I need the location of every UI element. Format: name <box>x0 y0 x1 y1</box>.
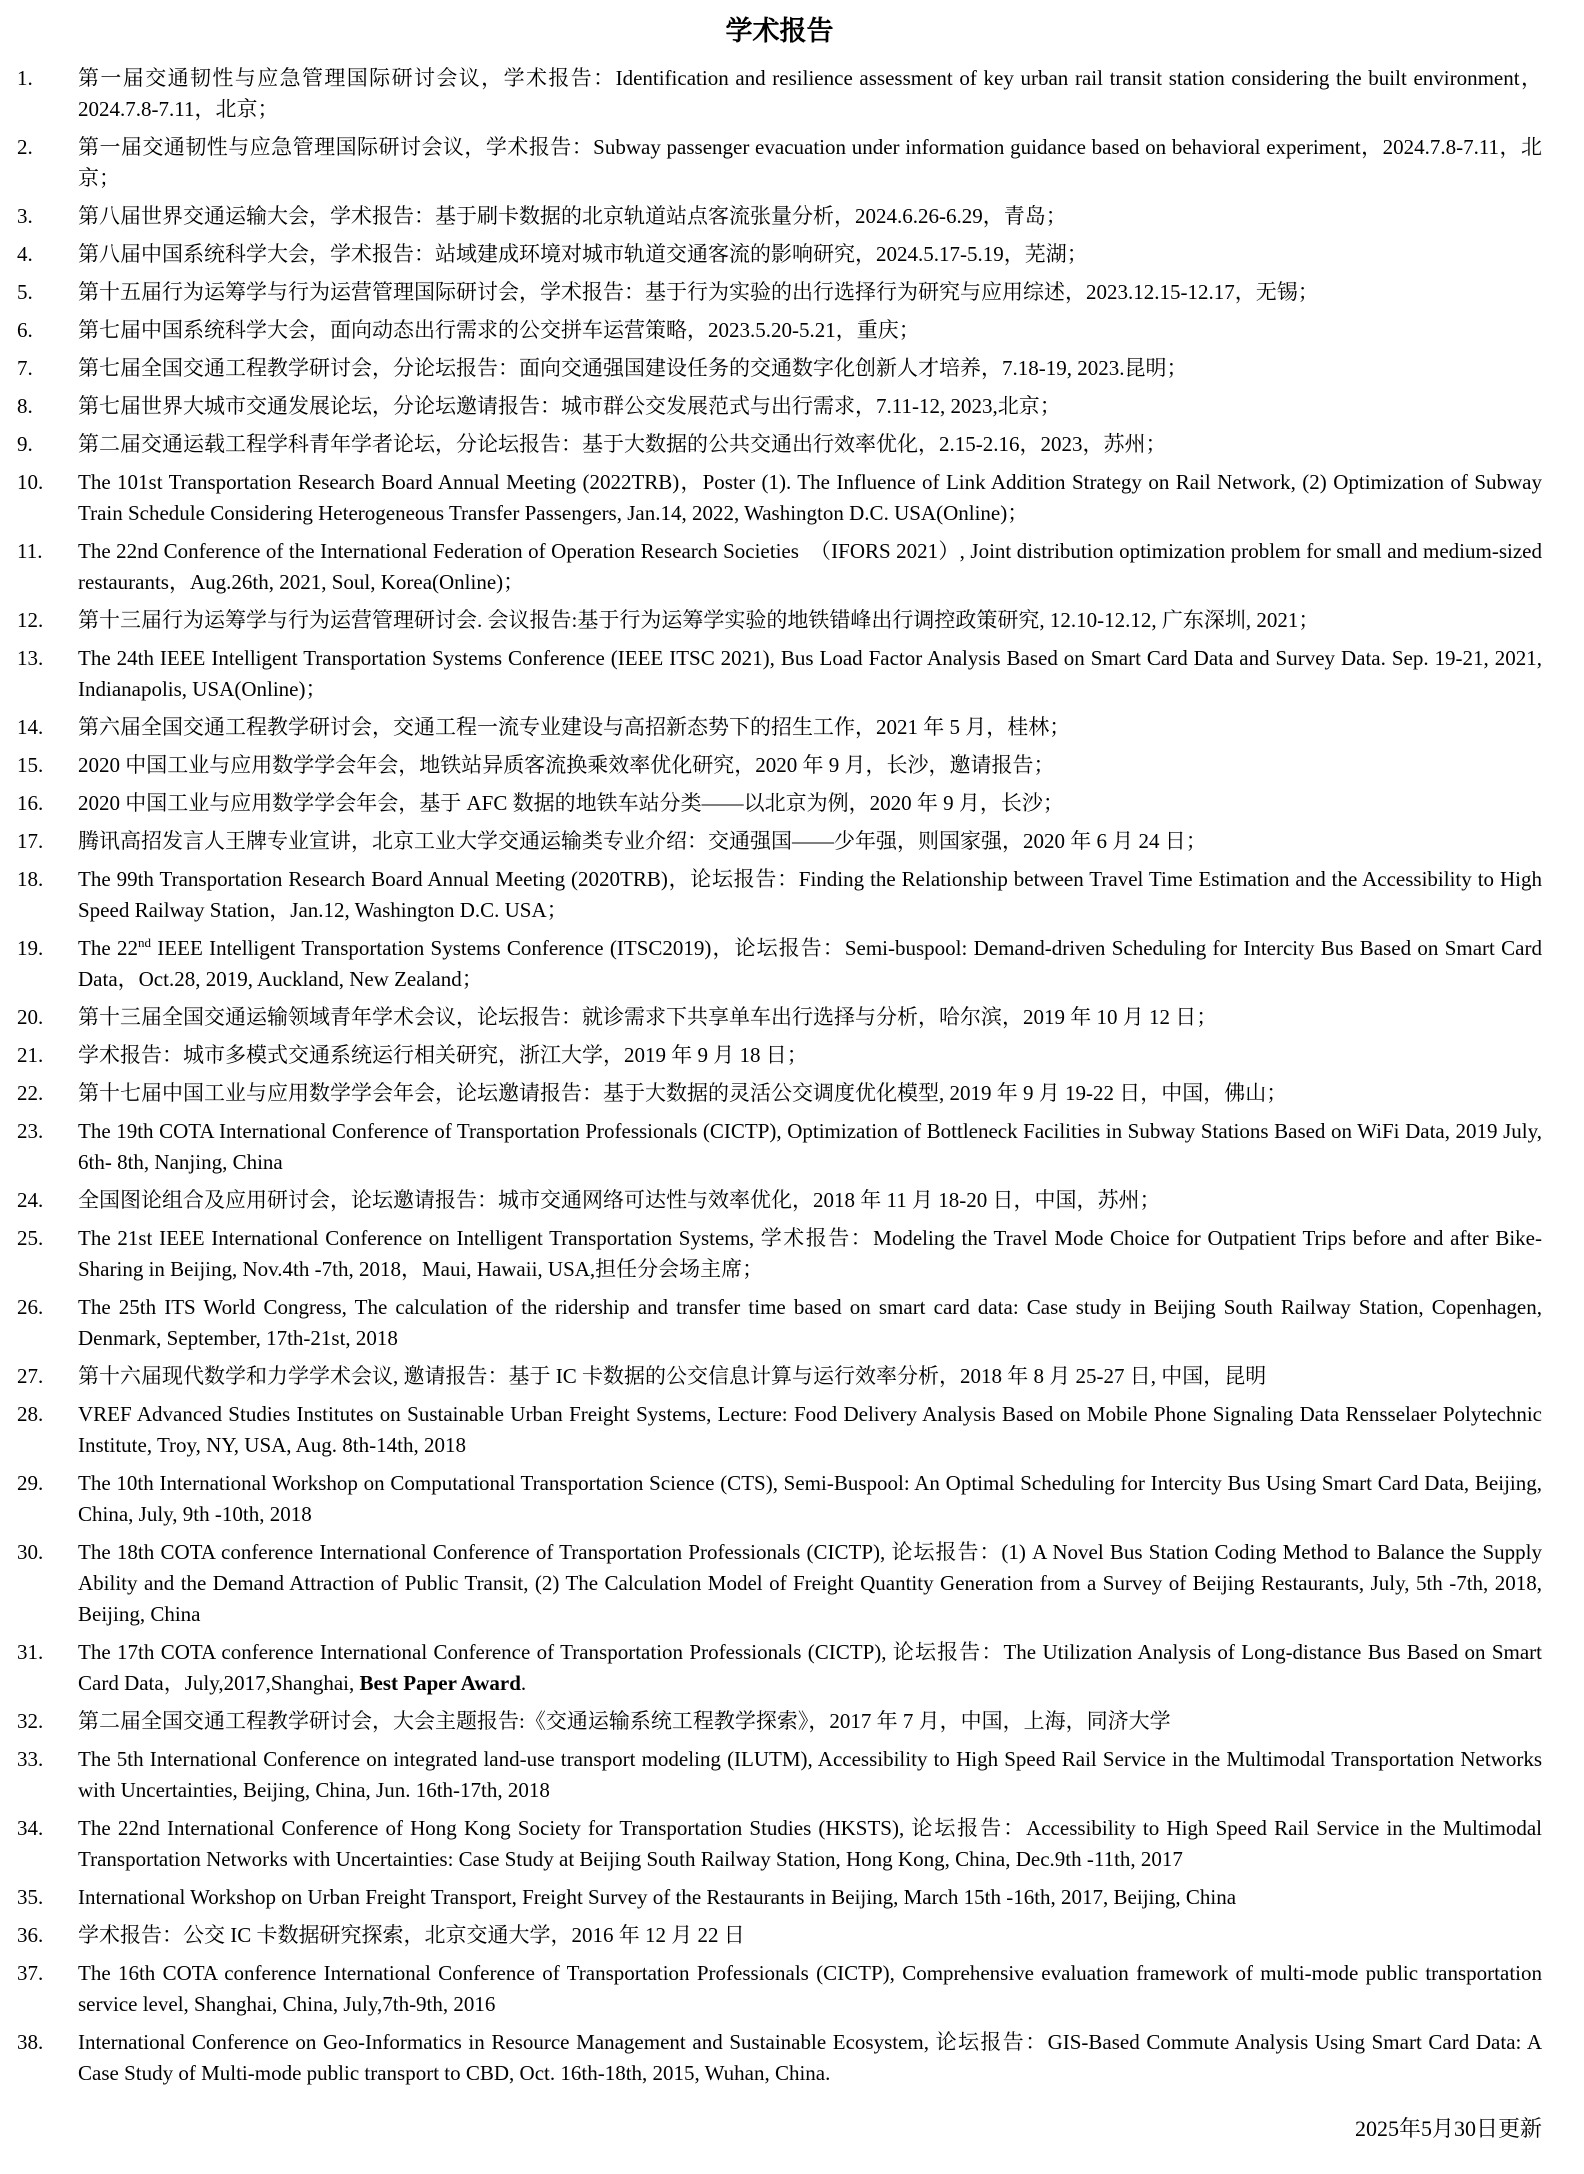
list-item: 6. 第七届中国系统科学大会，面向动态出行需求的公交拼车运营策略，2023.5.… <box>17 315 1542 346</box>
item-number: 18. <box>17 864 73 895</box>
list-item: 35. International Workshop on Urban Frei… <box>17 1882 1542 1913</box>
list-item: 7. 第七届全国交通工程教学研讨会，分论坛报告：面向交通强国建设任务的交通数字化… <box>17 353 1542 384</box>
item-number: 32. <box>17 1706 73 1737</box>
item-text: The 22nd IEEE Intelligent Transportation… <box>78 936 1542 991</box>
document-page: 学术报告 1. 第一届交通韧性与应急管理国际研讨会议，学术报告：Identifi… <box>0 0 1584 2174</box>
list-item: 25. The 21st IEEE International Conferen… <box>17 1223 1542 1285</box>
list-item: 30. The 18th COTA conference Internation… <box>17 1537 1542 1630</box>
item-number: 38. <box>17 2027 73 2058</box>
list-item: 33. The 5th International Conference on … <box>17 1744 1542 1806</box>
item-text: 全国图论组合及应用研讨会，论坛邀请报告：城市交通网络可达性与效率优化，2018 … <box>78 1188 1160 1212</box>
update-date: 2025年5月30日更新 <box>17 2113 1542 2144</box>
item-text: 腾讯高招发言人王牌专业宣讲，北京工业大学交通运输类专业介绍：交通强国——少年强，… <box>78 829 1207 853</box>
item-number: 16. <box>17 788 73 819</box>
item-number: 5. <box>17 277 73 308</box>
item-number: 33. <box>17 1744 73 1775</box>
item-number: 6. <box>17 315 73 346</box>
report-list: 1. 第一届交通韧性与应急管理国际研讨会议，学术报告：Identificatio… <box>17 63 1542 2089</box>
item-number: 21. <box>17 1040 73 1071</box>
item-text: 第一届交通韧性与应急管理国际研讨会议，学术报告：Identification a… <box>78 66 1542 121</box>
item-text: The 101st Transportation Research Board … <box>78 470 1542 525</box>
item-number: 24. <box>17 1185 73 1216</box>
item-text: The 25th ITS World Congress, The calcula… <box>78 1295 1542 1350</box>
item-text: The 18th COTA conference International C… <box>78 1540 1542 1626</box>
list-item: 23. The 19th COTA International Conferen… <box>17 1116 1542 1178</box>
list-item: 19. The 22nd IEEE Intelligent Transporta… <box>17 933 1542 995</box>
list-item: 34. The 22nd International Conference of… <box>17 1813 1542 1875</box>
list-item: 15. 2020 中国工业与应用数学学会年会，地铁站异质客流换乘效率优化研究，2… <box>17 750 1542 781</box>
list-item: 12. 第十三届行为运筹学与行为运营管理研讨会. 会议报告:基于行为运筹学实验的… <box>17 605 1542 636</box>
list-item: 22. 第十七届中国工业与应用数学学会年会，论坛邀请报告：基于大数据的灵活公交调… <box>17 1078 1542 1109</box>
item-text: The 19th COTA International Conference o… <box>78 1119 1542 1174</box>
item-number: 30. <box>17 1537 73 1568</box>
item-text: The 16th COTA conference International C… <box>78 1961 1542 2016</box>
list-item: 20. 第十三届全国交通运输领域青年学术会议，论坛报告：就诊需求下共享单车出行选… <box>17 1002 1542 1033</box>
item-text: 第二届交通运载工程学科青年学者论坛，分论坛报告：基于大数据的公共交通出行效率优化… <box>78 432 1167 456</box>
item-number: 2. <box>17 132 73 163</box>
list-item: 21. 学术报告：城市多模式交通系统运行相关研究，浙江大学，2019 年 9 月… <box>17 1040 1542 1071</box>
item-number: 15. <box>17 750 73 781</box>
list-item: 36. 学术报告：公交 IC 卡数据研究探索，北京交通大学，2016 年 12 … <box>17 1920 1542 1951</box>
item-number: 20. <box>17 1002 73 1033</box>
list-item: 27. 第十六届现代数学和力学学术会议, 邀请报告：基于 IC 卡数据的公交信息… <box>17 1361 1542 1392</box>
item-text: VREF Advanced Studies Institutes on Sust… <box>78 1402 1542 1457</box>
item-text: The 17th COTA conference International C… <box>78 1640 1542 1695</box>
item-number: 7. <box>17 353 73 384</box>
list-item: 17. 腾讯高招发言人王牌专业宣讲，北京工业大学交通运输类专业介绍：交通强国——… <box>17 826 1542 857</box>
item-text: 第八届中国系统科学大会，学术报告：站域建成环境对城市轨道交通客流的影响研究，20… <box>78 242 1088 266</box>
item-number: 4. <box>17 239 73 270</box>
item-text: 第十六届现代数学和力学学术会议, 邀请报告：基于 IC 卡数据的公交信息计算与运… <box>78 1364 1266 1388</box>
page-title: 学术报告 <box>17 14 1542 49</box>
item-number: 1. <box>17 63 73 94</box>
item-text: International Conference on Geo-Informat… <box>78 2030 1542 2085</box>
item-number: 29. <box>17 1468 73 1499</box>
item-number: 22. <box>17 1078 73 1109</box>
item-text: 第七届全国交通工程教学研讨会，分论坛报告：面向交通强国建设任务的交通数字化创新人… <box>78 356 1188 380</box>
item-number: 37. <box>17 1958 73 1989</box>
item-number: 25. <box>17 1223 73 1254</box>
item-text: 2020 中国工业与应用数学学会年会，基于 AFC 数据的地铁车站分类——以北京… <box>78 791 1064 815</box>
item-number: 10. <box>17 467 73 498</box>
item-text: 第八届世界交通运输大会，学术报告：基于刷卡数据的北京轨道站点客流张量分析，202… <box>78 204 1067 228</box>
list-item: 2. 第一届交通韧性与应急管理国际研讨会议，学术报告：Subway passen… <box>17 132 1542 194</box>
item-text: 2020 中国工业与应用数学学会年会，地铁站异质客流换乘效率优化研究，2020 … <box>78 753 1055 777</box>
item-number: 14. <box>17 712 73 743</box>
list-item: 11. The 22nd Conference of the Internati… <box>17 536 1542 598</box>
item-number: 28. <box>17 1399 73 1430</box>
item-number: 35. <box>17 1882 73 1913</box>
list-item: 5. 第十五届行为运筹学与行为运营管理国际研讨会，学术报告：基于行为实验的出行选… <box>17 277 1542 308</box>
item-text: 第二届全国交通工程教学研讨会，大会主题报告:《交通运输系统工程教学探索》，201… <box>78 1709 1171 1733</box>
list-item: 10. The 101st Transportation Research Bo… <box>17 467 1542 529</box>
item-text: 第六届全国交通工程教学研讨会，交通工程一流专业建设与高招新态势下的招生工作，20… <box>78 715 1070 739</box>
item-number: 13. <box>17 643 73 674</box>
list-item: 8. 第七届世界大城市交通发展论坛，分论坛邀请报告：城市群公交发展范式与出行需求… <box>17 391 1542 422</box>
item-text: 学术报告：城市多模式交通系统运行相关研究，浙江大学，2019 年 9 月 18 … <box>78 1043 808 1067</box>
list-item: 16. 2020 中国工业与应用数学学会年会，基于 AFC 数据的地铁车站分类—… <box>17 788 1542 819</box>
list-item: 29. The 10th International Workshop on C… <box>17 1468 1542 1530</box>
item-number: 36. <box>17 1920 73 1951</box>
item-text: 第七届世界大城市交通发展论坛，分论坛邀请报告：城市群公交发展范式与出行需求，7.… <box>78 394 1061 418</box>
list-item: 1. 第一届交通韧性与应急管理国际研讨会议，学术报告：Identificatio… <box>17 63 1542 125</box>
item-number: 27. <box>17 1361 73 1392</box>
item-text: The 99th Transportation Research Board A… <box>78 867 1542 922</box>
item-text: 第十三届行为运筹学与行为运营管理研讨会. 会议报告:基于行为运筹学实验的地铁错峰… <box>78 608 1319 632</box>
item-text: 第十三届全国交通运输领域青年学术会议，论坛报告：就诊需求下共享单车出行选择与分析… <box>78 1005 1217 1029</box>
item-text: 第一届交通韧性与应急管理国际研讨会议，学术报告：Subway passenger… <box>78 135 1542 190</box>
item-number: 31. <box>17 1637 73 1668</box>
item-text: 学术报告：公交 IC 卡数据研究探索，北京交通大学，2016 年 12 月 22… <box>78 1923 745 1947</box>
list-item: 37. The 16th COTA conference Internation… <box>17 1958 1542 2020</box>
item-text: The 5th International Conference on inte… <box>78 1747 1542 1802</box>
list-item: 13. The 24th IEEE Intelligent Transporta… <box>17 643 1542 705</box>
item-number: 34. <box>17 1813 73 1844</box>
item-number: 17. <box>17 826 73 857</box>
list-item: 31. The 17th COTA conference Internation… <box>17 1637 1542 1699</box>
item-text: 第七届中国系统科学大会，面向动态出行需求的公交拼车运营策略，2023.5.20-… <box>78 318 920 342</box>
item-text: International Workshop on Urban Freight … <box>78 1885 1236 1909</box>
list-item: 4. 第八届中国系统科学大会，学术报告：站域建成环境对城市轨道交通客流的影响研究… <box>17 239 1542 270</box>
item-text: The 22nd Conference of the International… <box>78 539 1542 594</box>
list-item: 3. 第八届世界交通运输大会，学术报告：基于刷卡数据的北京轨道站点客流张量分析，… <box>17 201 1542 232</box>
list-item: 38. International Conference on Geo-Info… <box>17 2027 1542 2089</box>
list-item: 28. VREF Advanced Studies Institutes on … <box>17 1399 1542 1461</box>
item-number: 11. <box>17 536 73 567</box>
item-text: The 24th IEEE Intelligent Transportation… <box>78 646 1542 701</box>
item-number: 19. <box>17 933 73 964</box>
item-number: 12. <box>17 605 73 636</box>
item-number: 8. <box>17 391 73 422</box>
list-item: 32. 第二届全国交通工程教学研讨会，大会主题报告:《交通运输系统工程教学探索》… <box>17 1706 1542 1737</box>
list-item: 9. 第二届交通运载工程学科青年学者论坛，分论坛报告：基于大数据的公共交通出行效… <box>17 429 1542 460</box>
item-text: 第十五届行为运筹学与行为运营管理国际研讨会，学术报告：基于行为实验的出行选择行为… <box>78 280 1319 304</box>
item-number: 26. <box>17 1292 73 1323</box>
item-text: The 21st IEEE International Conference o… <box>78 1226 1542 1281</box>
list-item: 14. 第六届全国交通工程教学研讨会，交通工程一流专业建设与高招新态势下的招生工… <box>17 712 1542 743</box>
item-number: 3. <box>17 201 73 232</box>
item-text: The 10th International Workshop on Compu… <box>78 1471 1542 1526</box>
list-item: 24. 全国图论组合及应用研讨会，论坛邀请报告：城市交通网络可达性与效率优化，2… <box>17 1185 1542 1216</box>
item-number: 23. <box>17 1116 73 1147</box>
item-text: 第十七届中国工业与应用数学学会年会，论坛邀请报告：基于大数据的灵活公交调度优化模… <box>78 1081 1287 1105</box>
item-number: 9. <box>17 429 73 460</box>
item-text: The 22nd International Conference of Hon… <box>78 1816 1542 1871</box>
list-item: 26. The 25th ITS World Congress, The cal… <box>17 1292 1542 1354</box>
list-item: 18. The 99th Transportation Research Boa… <box>17 864 1542 926</box>
